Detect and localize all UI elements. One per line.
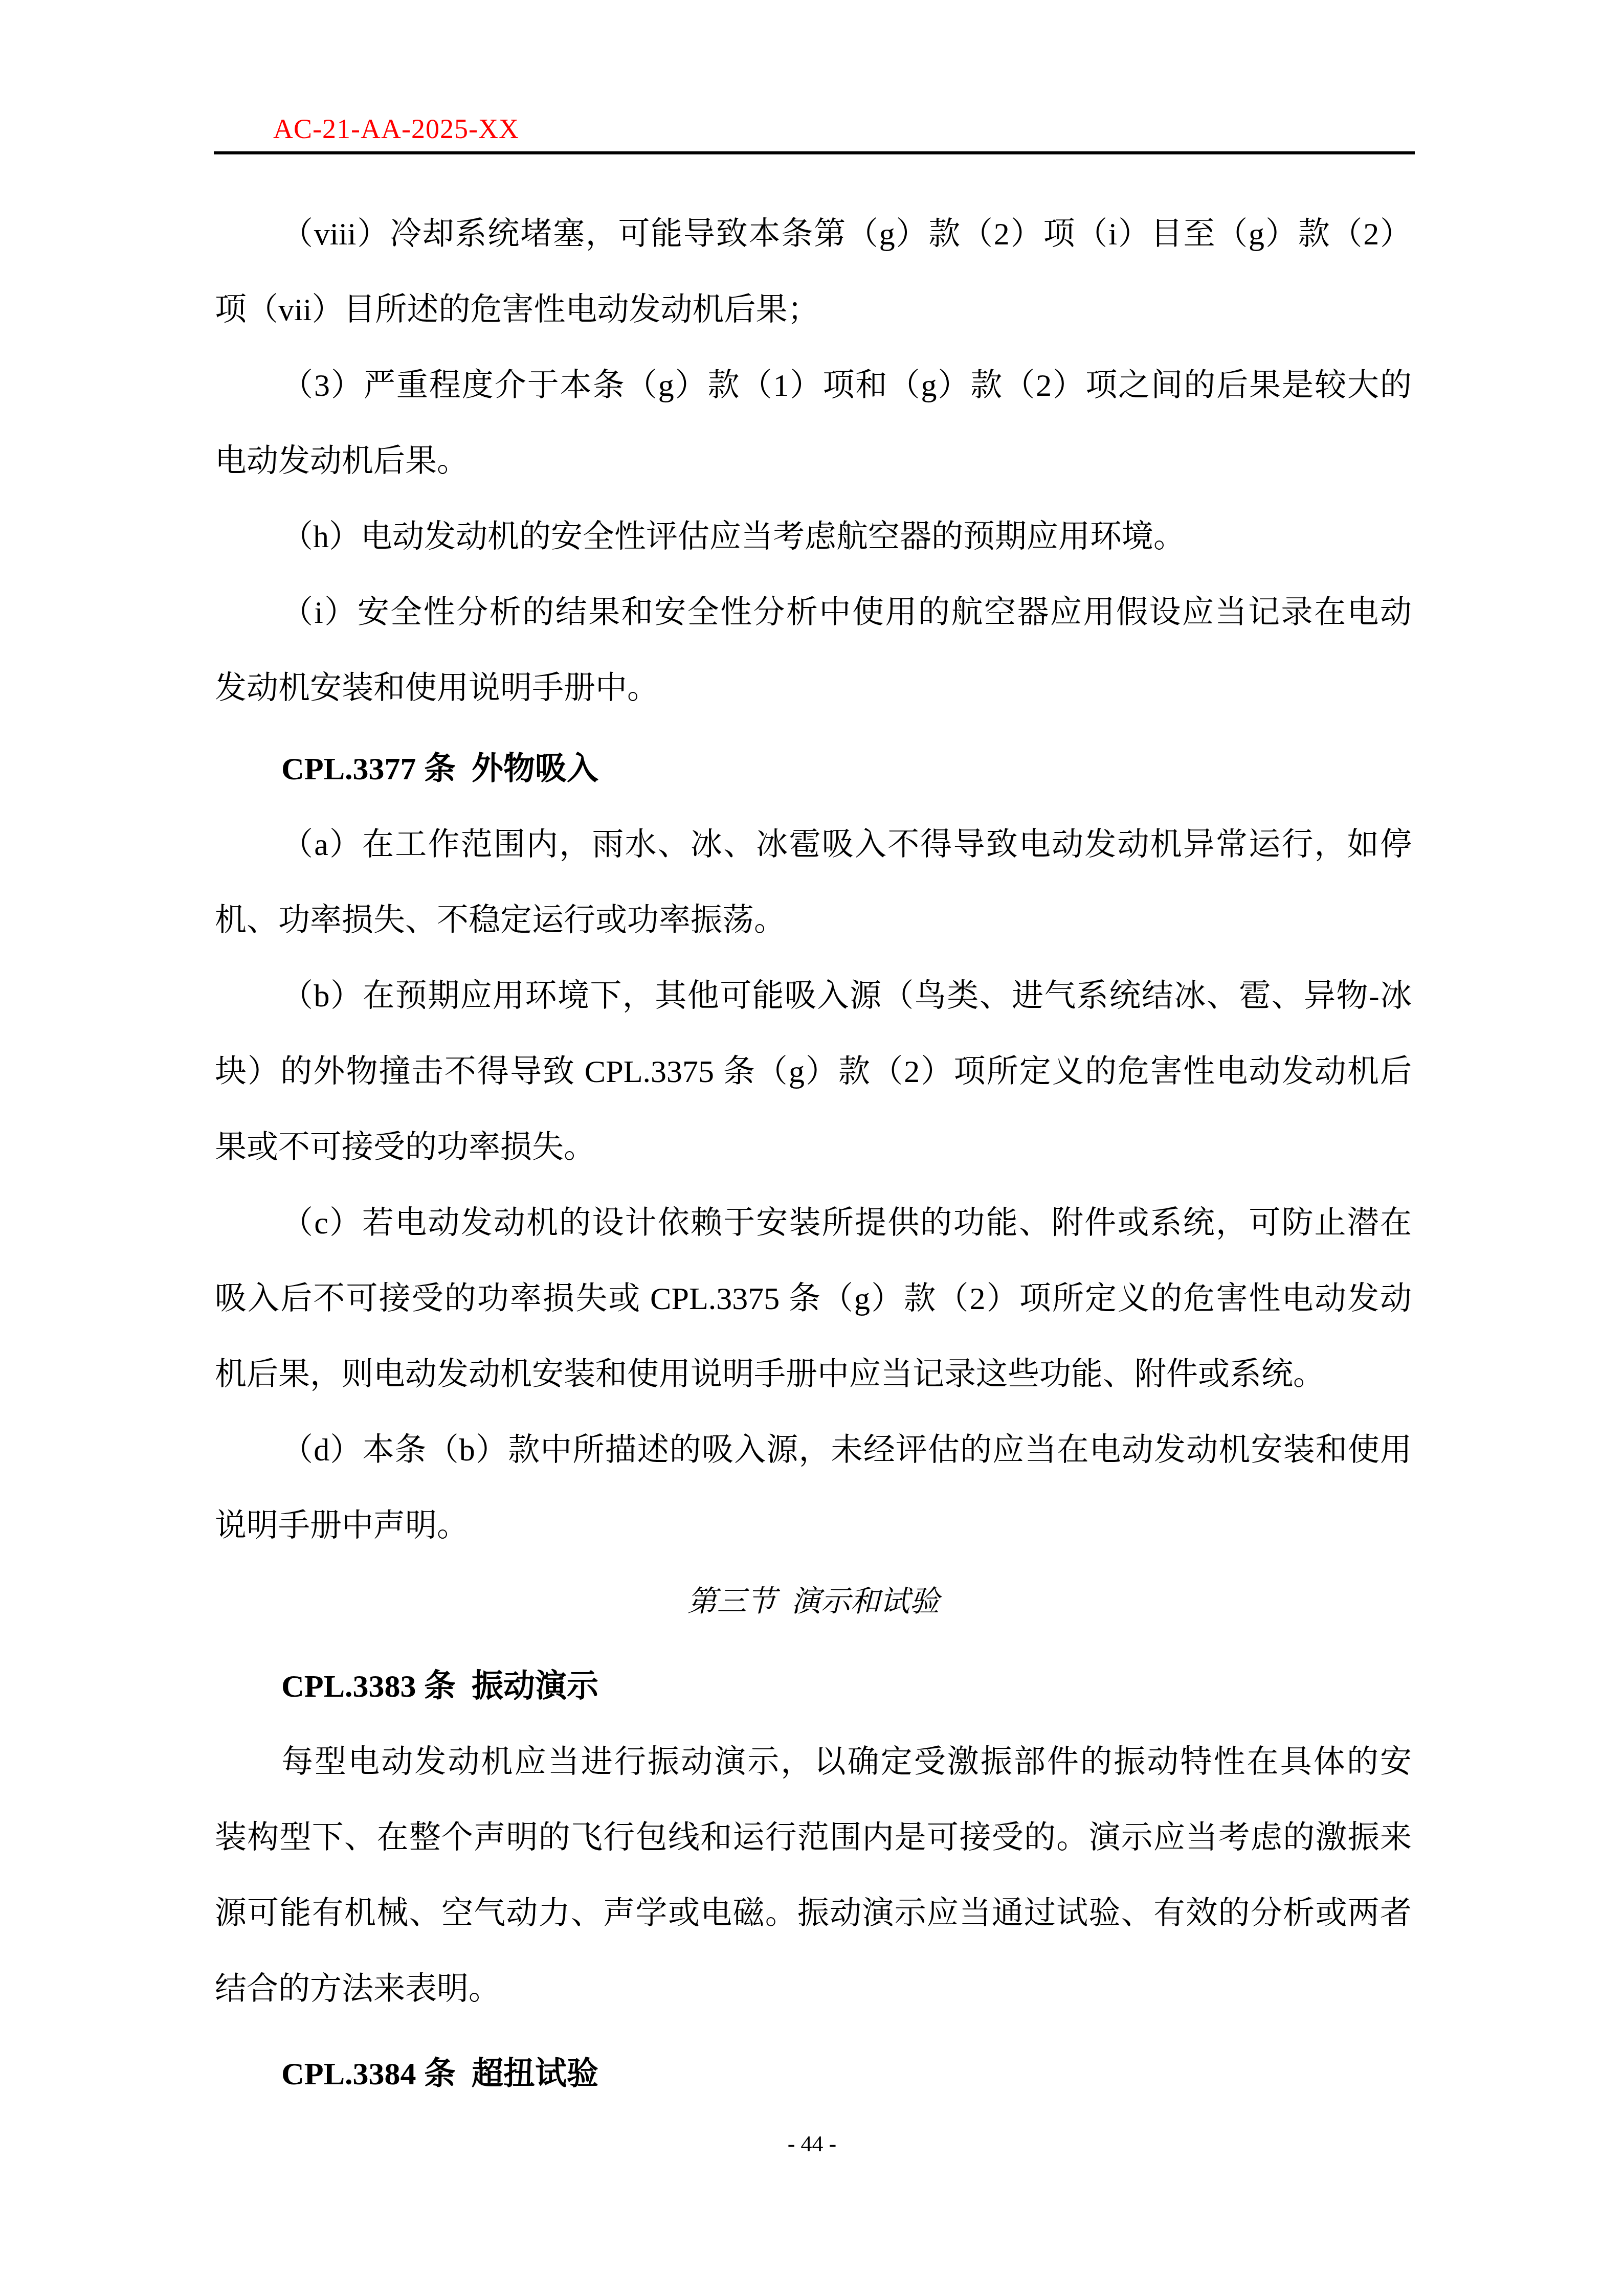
article-heading-cpl3383: CPL.3383 条 振动演示 <box>215 1649 1412 1724</box>
paragraph-line: 机后果，则电动发动机安装和使用说明手册中应当记录这些功能、附件或系统。 <box>215 1337 1412 1412</box>
paragraph-line: 果或不可接受的功率损失。 <box>215 1110 1412 1185</box>
paragraph-line: （3）严重程度介于本条（g）款（1）项和（g）款（2）项之间的后果是较大的 <box>215 348 1412 423</box>
paragraph-line: （i）安全性分析的结果和安全性分析中使用的航空器应用假设应当记录在电动 <box>215 575 1412 650</box>
paragraph-line: 每型电动发动机应当进行振动演示，以确定受激振部件的振动特性在具体的安 <box>215 1724 1412 1800</box>
page-number: - 44 - <box>788 2131 836 2156</box>
paragraph-line: 电动发动机后果。 <box>215 423 1412 499</box>
paragraph-line: 吸入后不可接受的功率损失或 CPL.3375 条（g）款（2）项所定义的危害性电… <box>215 1261 1412 1337</box>
header-rule <box>214 151 1415 154</box>
article-heading-cpl3377: CPL.3377 条 外物吸入 <box>215 731 1412 807</box>
article-heading-cpl3384: CPL.3384 条 超扭试验 <box>215 2036 1412 2112</box>
paragraph-line: （h）电动发动机的安全性评估应当考虑航空器的预期应用环境。 <box>215 499 1412 575</box>
paragraph-line: 机、功率损失、不稳定运行或功率振荡。 <box>215 883 1412 958</box>
paragraph-line: 块）的外物撞击不得导致 CPL.3375 条（g）款（2）项所定义的危害性电动发… <box>215 1034 1412 1110</box>
paragraph-line: （d）本条（b）款中所描述的吸入源，未经评估的应当在电动发动机安装和使用 <box>215 1412 1412 1488</box>
paragraph-line: （c）若电动发动机的设计依赖于安装所提供的功能、附件或系统，可防止潜在 <box>215 1185 1412 1261</box>
paragraph-line: （viii）冷却系统堵塞，可能导致本条第（g）款（2）项（i）目至（g）款（2） <box>215 196 1412 272</box>
paragraph-line: 发动机安装和使用说明手册中。 <box>215 650 1412 726</box>
document-page: AC-21-AA-2025-XX （viii）冷却系统堵塞，可能导致本条第（g）… <box>0 0 1624 2296</box>
document-body: （viii）冷却系统堵塞，可能导致本条第（g）款（2）项（i）目至（g）款（2）… <box>215 196 1412 2112</box>
paragraph-line: 源可能有机械、空气动力、声学或电磁。振动演示应当通过试验、有效的分析或两者 <box>215 1876 1412 1951</box>
paragraph-line: 装构型下、在整个声明的飞行包线和运行范围内是可接受的。演示应当考虑的激振来 <box>215 1800 1412 1876</box>
paragraph-line: 结合的方法来表明。 <box>215 1951 1412 2027</box>
paragraph-line: 说明手册中声明。 <box>215 1488 1412 1564</box>
paragraph-line: （b）在预期应用环境下，其他可能吸入源（鸟类、进气系统结冰、雹、异物-冰 <box>215 958 1412 1034</box>
paragraph-line: 项（vii）目所述的危害性电动发动机后果； <box>215 272 1412 348</box>
paragraph-line: （a）在工作范围内，雨水、冰、冰雹吸入不得导致电动发动机异常运行，如停 <box>215 807 1412 883</box>
page-footer: - 44 - <box>0 2131 1624 2157</box>
section-heading-demos-and-tests: 第三节 演示和试验 <box>215 1564 1412 1639</box>
header-doc-number: AC-21-AA-2025-XX <box>273 114 519 144</box>
